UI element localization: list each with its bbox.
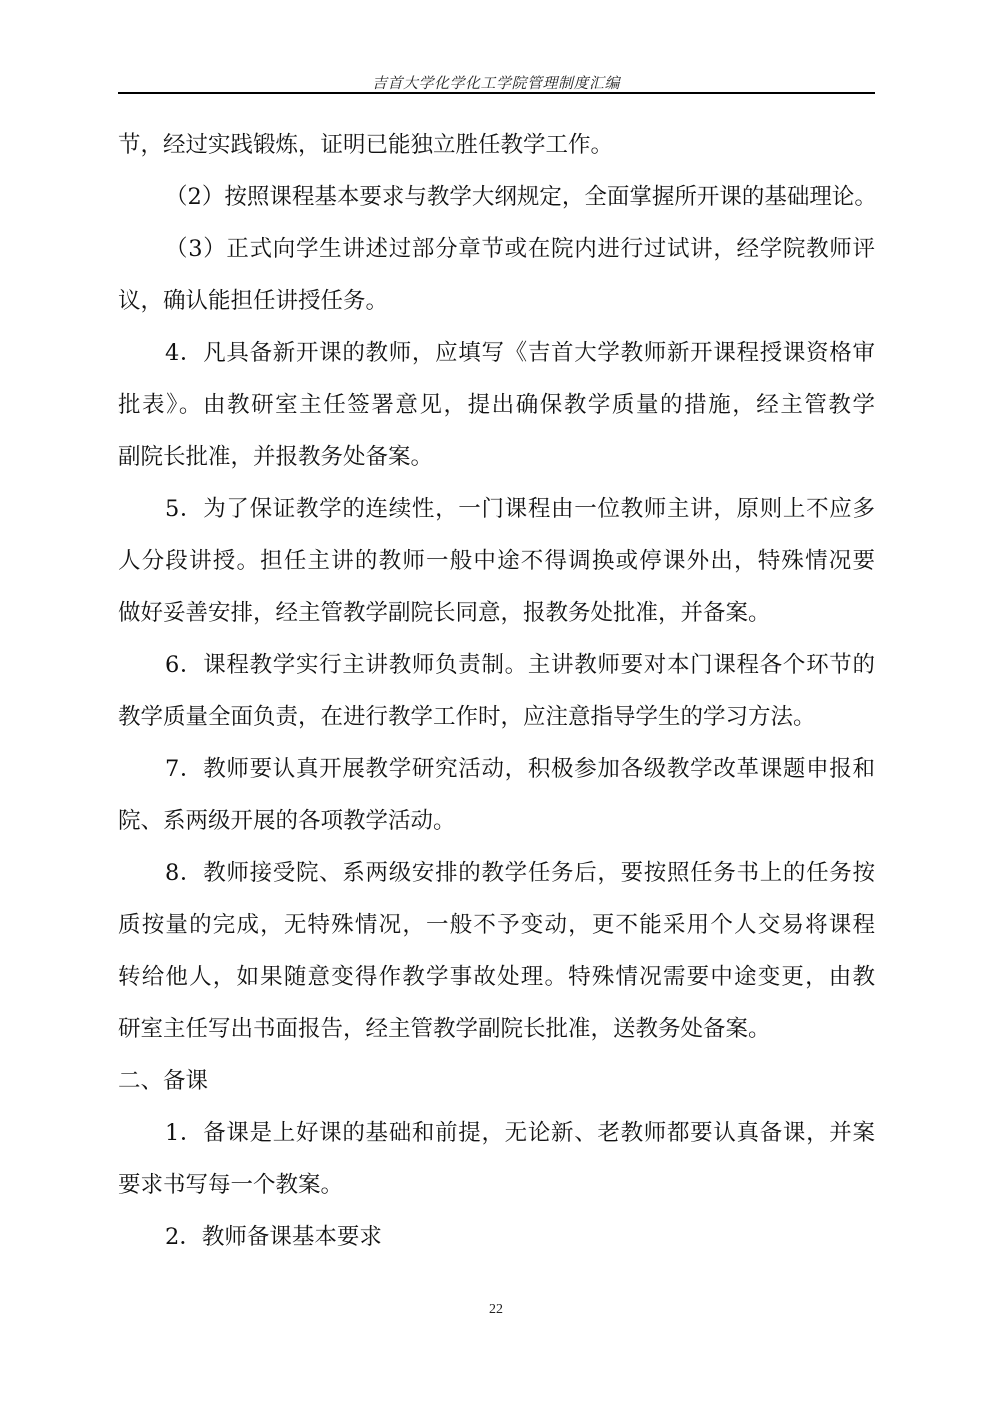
header-divider	[118, 92, 875, 94]
text-line: 教学质量全面负责，在进行教学工作时，应注意指导学生的学习方法。	[118, 702, 875, 732]
text-line: 8．教师接受院、系两级安排的教学任务后，要按照任务书上的任务按	[118, 858, 875, 888]
text-line: 副院长批准，并报教务处备案。	[118, 442, 875, 472]
text-line: 质按量的完成，无特殊情况，一般不予变动，更不能采用个人交易将课程	[118, 910, 875, 940]
text-line: 批表》。由教研室主任签署意见，提出确保教学质量的措施，经主管教学	[118, 390, 875, 420]
text-line: （2）按照课程基本要求与教学大纲规定，全面掌握所开课的基础理论。	[118, 182, 875, 212]
text-line: 二、备课	[118, 1066, 875, 1096]
text-line: 院、系两级开展的各项教学活动。	[118, 806, 875, 836]
text-line: 人分段讲授。担任主讲的教师一般中途不得调换或停课外出，特殊情况要	[118, 546, 875, 576]
text-line: 节，经过实践锻炼，证明已能独立胜任教学工作。	[118, 130, 875, 160]
text-line: 转给他人，如果随意变得作教学事故处理。特殊情况需要中途变更，由教	[118, 962, 875, 992]
text-line: 要求书写每一个教案。	[118, 1170, 875, 1200]
text-line: 4．凡具备新开课的教师，应填写《吉首大学教师新开课程授课资格审	[118, 338, 875, 368]
text-line: 6．课程教学实行主讲教师负责制。主讲教师要对本门课程各个环节的	[118, 650, 875, 680]
text-line: 做好妥善安排，经主管教学副院长同意，报教务处批准，并备案。	[118, 598, 875, 628]
text-line: 2．教师备课基本要求	[118, 1222, 875, 1252]
text-line: 议，确认能担任讲授任务。	[118, 286, 875, 316]
header-title: 吉首大学化学化工学院管理制度汇编	[0, 72, 992, 93]
page-number: 22	[0, 1302, 992, 1318]
text-line: 研室主任写出书面报告，经主管教学副院长批准，送教务处备案。	[118, 1014, 875, 1044]
text-line: （3）正式向学生讲述过部分章节或在院内进行过试讲，经学院教师评	[118, 234, 875, 264]
text-line: 7．教师要认真开展教学研究活动，积极参加各级教学改革课题申报和	[118, 754, 875, 784]
text-line: 5．为了保证教学的连续性，一门课程由一位教师主讲，原则上不应多	[118, 494, 875, 524]
text-line: 1．备课是上好课的基础和前提，无论新、老教师都要认真备课，并案	[118, 1118, 875, 1148]
